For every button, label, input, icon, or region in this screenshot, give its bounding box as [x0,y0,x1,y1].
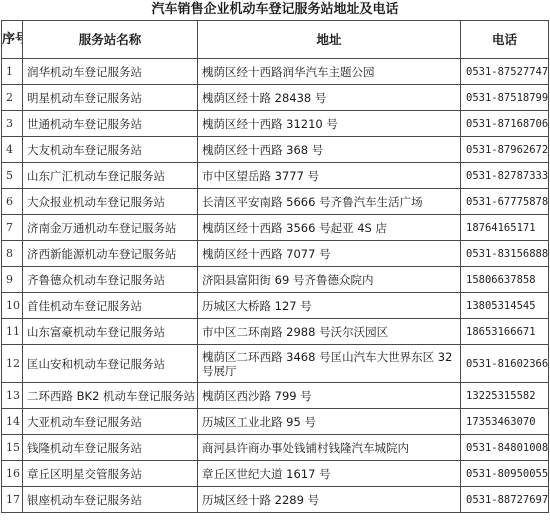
cell-phone: 0531-67775878 [461,189,549,215]
cell-name: 润华机动车登记服务站 [23,59,198,85]
cell-name: 明星机动车登记服务站 [23,85,198,111]
cell-phone: 13225315582 [461,383,549,409]
cell-seq: 4 [2,137,23,163]
cell-address: 市中区望岳路 3777 号 [198,163,461,189]
cell-seq: 3 [2,111,23,137]
cell-name: 山东富豪机动车登记服务站 [23,319,198,345]
cell-name: 大友机动车登记服务站 [23,137,198,163]
table-row: 16 章丘区明星交管服务站 章丘区世纪大道 1617 号 0531-809500… [2,461,549,487]
table-row: 5 山东广汇机动车登记服务站 市中区望岳路 3777 号 0531-827873… [2,163,549,189]
header-address: 地址 [198,21,461,59]
cell-phone: 0531-87168706 [461,111,549,137]
table-row: 13 二环西路 BK2 机动车登记服务站 槐荫区西沙路 799 号 132253… [2,383,549,409]
cell-phone: 18764165171 [461,215,549,241]
cell-seq: 14 [2,409,23,435]
header-seq: 序号 [2,21,23,59]
table-row: 1 润华机动车登记服务站 槐荫区经十西路润华汽车主题公园 0531-875277… [2,59,549,85]
cell-name: 匡山安和机动车登记服务站 [23,345,198,383]
cell-name: 济南金万通机动车登记服务站 [23,215,198,241]
table-row: 10 首佳机动车登记服务站 历城区大桥路 127 号 13805314545 [2,293,549,319]
table-row: 8 济西新能源机动车登记服务站 槐荫区经十西路 7077 号 0531-8315… [2,241,549,267]
cell-phone: 0531-84801008 [461,435,549,461]
cell-name: 济西新能源机动车登记服务站 [23,241,198,267]
cell-name: 章丘区明星交管服务站 [23,461,198,487]
service-station-table: 序号 服务站名称 地址 电话 1 润华机动车登记服务站 槐荫区经十西路润华汽车主… [1,20,549,513]
cell-seq: 17 [2,487,23,513]
cell-seq: 15 [2,435,23,461]
cell-address: 槐荫区二环西路 3468 号匡山汽车大世界东区 32 号展厅 [198,345,461,383]
cell-address: 商河县许商办事处钱铺村钱隆汽车城院内 [198,435,461,461]
cell-address: 济阳县富阳街 69 号齐鲁德众院内 [198,267,461,293]
table-row: 9 齐鲁德众机动车登记服务站 济阳县富阳街 69 号齐鲁德众院内 1580663… [2,267,549,293]
cell-name: 二环西路 BK2 机动车登记服务站 [23,383,198,409]
cell-phone: 0531-82787333 [461,163,549,189]
table-row: 7 济南金万通机动车登记服务站 槐荫区经十西路 3566 号起亚 4S 店 18… [2,215,549,241]
cell-seq: 2 [2,85,23,111]
cell-address: 历城区大桥路 127 号 [198,293,461,319]
cell-address: 市中区二环南路 2988 号沃尔沃园区 [198,319,461,345]
table-row: 2 明星机动车登记服务站 槐荫区经十路 28438 号 0531-8751879… [2,85,549,111]
document-title: 汽车销售企业机动车登记服务站地址及电话 [0,2,550,18]
cell-name: 大众报业机动车登记服务站 [23,189,198,215]
table-row: 11 山东富豪机动车登记服务站 市中区二环南路 2988 号沃尔沃园区 1865… [2,319,549,345]
cell-address: 长清区平安南路 5666 号齐鲁汽车生活广场 [198,189,461,215]
cell-name: 首佳机动车登记服务站 [23,293,198,319]
cell-seq: 11 [2,319,23,345]
cell-seq: 9 [2,267,23,293]
cell-phone: 13805314545 [461,293,549,319]
cell-address: 历城区经十路 2289 号 [198,487,461,513]
cell-name: 钱隆机动车登记服务站 [23,435,198,461]
table-row: 14 大亚机动车登记服务站 历城区工业北路 95 号 17353463070 [2,409,549,435]
table-row: 12 匡山安和机动车登记服务站 槐荫区二环西路 3468 号匡山汽车大世界东区 … [2,345,549,383]
cell-address: 历城区工业北路 95 号 [198,409,461,435]
cell-phone: 18653166671 [461,319,549,345]
cell-seq: 5 [2,163,23,189]
cell-name: 银座机动车登记服务站 [23,487,198,513]
cell-phone: 0531-87527747 [461,59,549,85]
cell-phone: 0531-80950055 [461,461,549,487]
cell-address: 槐荫区经十西路 3566 号起亚 4S 店 [198,215,461,241]
cell-seq: 1 [2,59,23,85]
header-name: 服务站名称 [23,21,198,59]
header-phone: 电话 [461,21,549,59]
cell-name: 世通机动车登记服务站 [23,111,198,137]
cell-seq: 8 [2,241,23,267]
cell-seq: 13 [2,383,23,409]
cell-phone: 0531-83156888 [461,241,549,267]
cell-address: 章丘区世纪大道 1617 号 [198,461,461,487]
cell-address: 槐荫区经十西路 7077 号 [198,241,461,267]
cell-phone: 17353463070 [461,409,549,435]
cell-phone: 0531-87962672 [461,137,549,163]
cell-phone: 0531-87518799 [461,85,549,111]
cell-seq: 7 [2,215,23,241]
cell-name: 大亚机动车登记服务站 [23,409,198,435]
table-row: 17 银座机动车登记服务站 历城区经十路 2289 号 0531-8872769… [2,487,549,513]
cell-name: 山东广汇机动车登记服务站 [23,163,198,189]
cell-seq: 12 [2,345,23,383]
cell-name: 齐鲁德众机动车登记服务站 [23,267,198,293]
table-row: 4 大友机动车登记服务站 槐荫区经十西路 368 号 0531-87962672 [2,137,549,163]
cell-address: 槐荫区经十西路 31210 号 [198,111,461,137]
cell-seq: 10 [2,293,23,319]
table-header-row: 序号 服务站名称 地址 电话 [2,21,549,59]
cell-address: 槐荫区西沙路 799 号 [198,383,461,409]
cell-phone: 0531-88727697 [461,487,549,513]
table-row: 6 大众报业机动车登记服务站 长清区平安南路 5666 号齐鲁汽车生活广场 05… [2,189,549,215]
cell-phone: 15806637858 [461,267,549,293]
cell-address: 槐荫区经十西路 368 号 [198,137,461,163]
cell-seq: 16 [2,461,23,487]
cell-seq: 6 [2,189,23,215]
table-row: 3 世通机动车登记服务站 槐荫区经十西路 31210 号 0531-871687… [2,111,549,137]
cell-phone: 0531-81602366 [461,345,549,383]
table-row: 15 钱隆机动车登记服务站 商河县许商办事处钱铺村钱隆汽车城院内 0531-84… [2,435,549,461]
cell-address: 槐荫区经十路 28438 号 [198,85,461,111]
cell-address: 槐荫区经十西路润华汽车主题公园 [198,59,461,85]
